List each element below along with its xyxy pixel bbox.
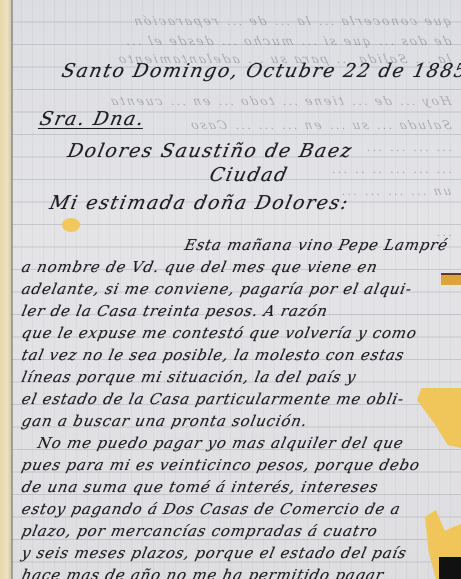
body-line: pues para mi es veinticinco pesos, porqu… (20, 456, 453, 474)
edge-stain (441, 273, 461, 285)
body-line: líneas porque mi situación, la del país … (20, 368, 453, 386)
body-line: y seis meses plazos, porque el estado de… (20, 544, 453, 562)
body-line: que le expuse me contestó que volvería y… (20, 324, 453, 342)
body-line: gan a buscar una pronta solución. (20, 412, 453, 430)
bleed-through-line: de dos ... que si ... mucho ... desde el… (22, 34, 453, 48)
body-line: el estado de la Casa particularmente me … (20, 390, 453, 408)
body-line: estoy pagando á Dos Casas de Comercio de… (20, 500, 453, 518)
body-line: Esta mañana vino Pepe Lampré (183, 236, 453, 254)
addressee-name: Dolores Saustiño de Baez (66, 140, 454, 162)
bleed-through-line: que conocerla ... la ... de ... reparaci… (22, 14, 453, 28)
letter-photo: que conocerla ... la ... de ... reparaci… (0, 0, 461, 579)
body-line: de una suma que tomé á interés, interese… (20, 478, 453, 496)
body-line: tal vez no le sea posible, la molesto co… (20, 346, 453, 364)
paper-hole-stain (62, 218, 80, 232)
bleed-through-line: Hoy ... de ... tiene ... todo ... en ...… (22, 94, 453, 108)
greeting: Mi estimada doña Dolores: (48, 192, 454, 214)
body-line: No me puedo pagar yo mas alquiler del qu… (36, 434, 453, 452)
place-date: Santo Domingo, Octubre 22 de 1885 (60, 60, 454, 82)
fold-crease (11, 0, 13, 579)
body-line: ler de la Casa treinta pesos. A razón (20, 302, 453, 320)
body-line: hace mas de año no me ha permitido pagar (20, 566, 453, 579)
background-corner (439, 557, 461, 579)
body-line: a nombre de Vd. que del mes que viene en (20, 258, 453, 276)
salutation-to: Sra. Dna. (38, 108, 454, 130)
addressee-location: Ciudad (208, 164, 454, 186)
body-line: plazo, por mercancías compradas á cuatro (20, 522, 453, 540)
body-line: adelante, si me conviene, pagaría por el… (20, 280, 453, 298)
